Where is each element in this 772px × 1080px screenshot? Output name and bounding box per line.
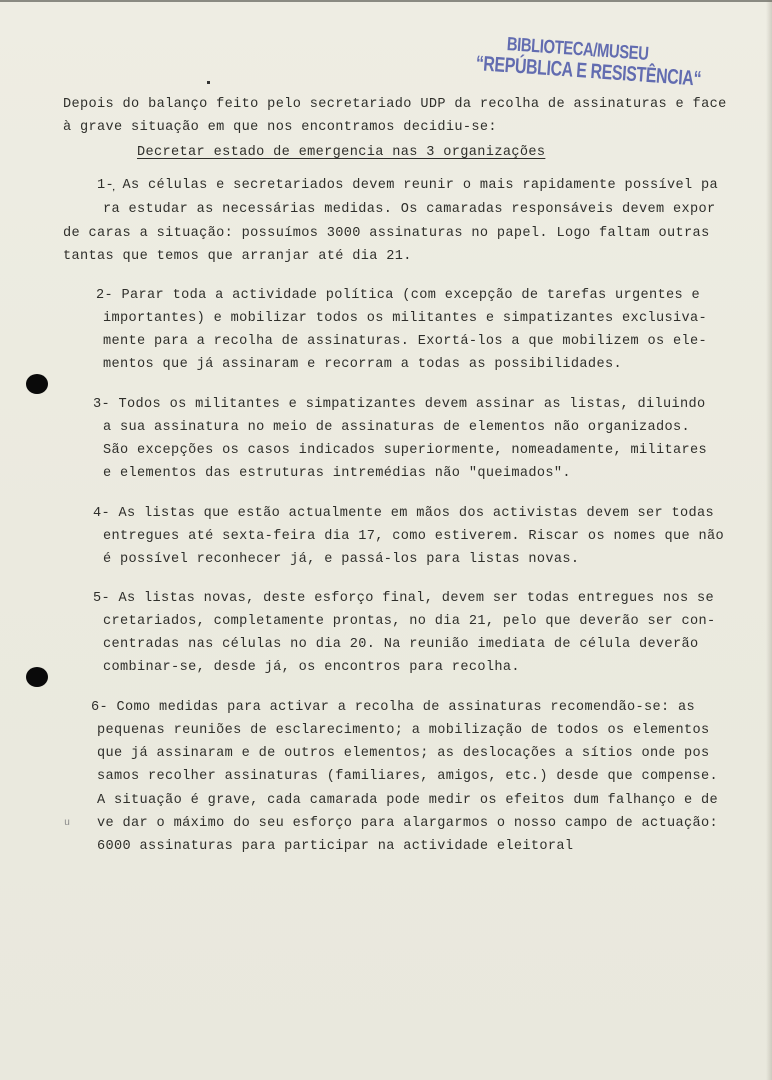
item-2-line-4: mentos que já assinaram e recorram a tod… <box>103 357 622 372</box>
item-6-line-1: 6- Como medidas para activar a recolha d… <box>91 700 695 715</box>
item-5-line-2: cretariados, completamente prontas, no d… <box>103 614 716 629</box>
item-3-line-1: 3- Todos os militantes e simpatizantes d… <box>93 397 706 412</box>
item-4-line-3: é possível reconhecer já, e passá-los pa… <box>103 552 579 567</box>
item-4-line-1: 4- As listas que estão actualmente em mã… <box>93 506 714 521</box>
item-6-line-6: ve dar o máximo do seu esforço para alar… <box>97 816 718 831</box>
page-right-edge-shadow <box>766 0 772 1080</box>
item-3-line-4: e elementos das estruturas intremédias n… <box>103 466 571 481</box>
punch-hole-bottom <box>26 667 48 687</box>
item-6-line-7: 6000 assinaturas para participar na acti… <box>97 839 573 854</box>
ink-speck <box>207 81 210 84</box>
margin-mark: u <box>64 818 70 829</box>
item-1-line-3: de caras a situação: possuímos 3000 assi… <box>63 226 710 241</box>
heading: Decretar estado de emergencia nas 3 orga… <box>137 145 545 160</box>
item-6-line-4: samos recolher assinaturas (familiares, … <box>97 769 718 784</box>
item-3-line-3: São excepções os casos indicados superio… <box>103 443 707 458</box>
document-page: BIBLIOTECA/MUSEU “REPÚBLICA E RESISTÊNCI… <box>0 0 772 1080</box>
item-6-line-2: pequenas reuniões de esclarecimento; a m… <box>97 723 710 738</box>
item-5-line-3: centradas nas células no dia 20. Na reun… <box>103 637 699 652</box>
item-3-line-2: a sua assinatura no meio de assinaturas … <box>103 420 690 435</box>
item-6-line-5: A situação é grave, cada camarada pode m… <box>97 793 718 808</box>
item-5-line-4: combinar-se, desde já, os encontros para… <box>103 660 520 675</box>
item-2-line-3: mente para a recolha de assinaturas. Exo… <box>103 334 707 349</box>
item-1-line-4: tantas que temos que arranjar até dia 21… <box>63 249 412 264</box>
item-2-line-2: importantes) e mobilizar todos os milita… <box>103 311 707 326</box>
intro-line-2: à grave situação em que nos encontramos … <box>63 120 497 135</box>
item-1-line-2: ra estudar as necessárias medidas. Os ca… <box>103 202 716 217</box>
intro-line-1: Depois do balanço feito pelo secretariad… <box>63 97 727 112</box>
item-4-line-2: entregues até sexta-feira dia 17, como e… <box>103 529 724 544</box>
item-1-line-1: 1-̦ As células e secretariados devem reu… <box>97 178 718 193</box>
item-2-line-1: 2- Parar toda a actividade política (com… <box>96 288 700 303</box>
item-6-line-3: que já assinaram e de outros elementos; … <box>97 746 710 761</box>
page-top-edge <box>0 0 772 2</box>
item-5-line-1: 5- As listas novas, deste esforço final,… <box>93 591 714 606</box>
punch-hole-top <box>26 374 48 394</box>
library-stamp: BIBLIOTECA/MUSEU “REPÚBLICA E RESISTÊNCI… <box>475 32 708 92</box>
